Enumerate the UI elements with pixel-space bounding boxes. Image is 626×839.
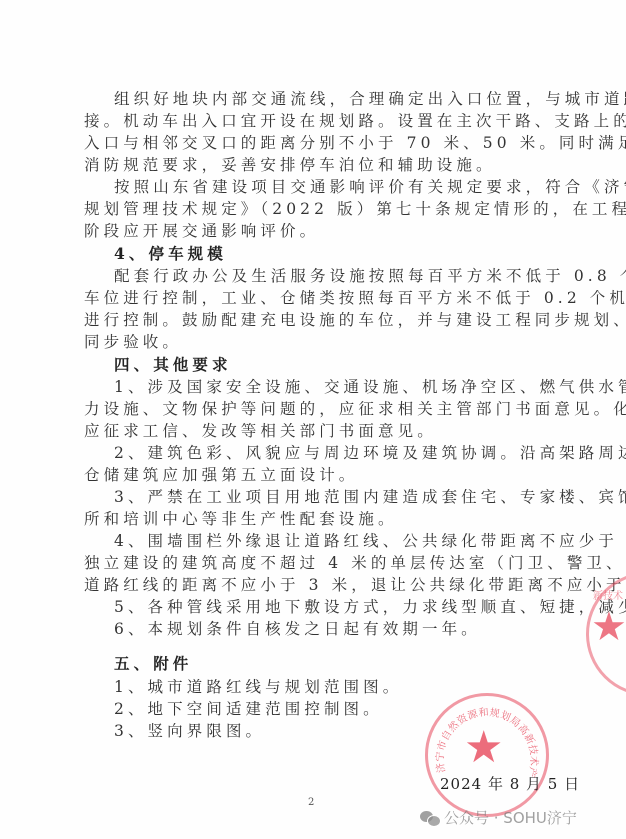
paragraph-line: 所和培训中心等非生产性配套设施。 xyxy=(84,508,554,530)
watermark-text: 公众号 · SOHU济宁 xyxy=(444,807,577,828)
watermark: 公众号 · SOHU济宁 xyxy=(420,807,577,828)
section-heading-parking: 4、停车规模 xyxy=(114,243,584,265)
page-number: 2 xyxy=(308,797,314,808)
partial-seal-text: 新技术 xyxy=(593,587,623,602)
paragraph-line: 进行控制。鼓励配建充电设施的车位，并与建设工程同步规划、同步建设、 xyxy=(84,309,554,331)
section-heading-attachments: 五、附件 xyxy=(114,653,584,675)
paragraph-line: 仓储建筑应加强第五立面设计。 xyxy=(84,464,554,486)
paragraph-line: 4、围墙围栏外缘退让道路红线、公共绿化带距离不应少于 0.5 米。 xyxy=(114,530,584,552)
official-seal: 济宁市自然资源和规划局高新技术产业开发区分局 ★ xyxy=(425,693,549,817)
paragraph-line: 规划管理技术规定》（2022 版）第七十条规定情形的，在工程建设许可 xyxy=(84,198,554,220)
paragraph-line: 配套行政办公及生活服务设施按照每百平方米不低于 0.8 个机动车停 xyxy=(114,265,584,287)
seal-star-icon: ★ xyxy=(591,607,626,647)
paragraph-line: 独立建设的建筑高度不超过 4 米的单层传达室（门卫、警卫、大门）退让 xyxy=(84,552,554,574)
paragraph-line: 1、涉及国家安全设施、交通设施、机场净空区、燃气供水管道、电 xyxy=(114,376,584,398)
paragraph-line: 同步验收。 xyxy=(84,331,554,353)
seal-star-icon: ★ xyxy=(464,726,503,770)
paragraph-line: 道路红线的距离不应小于 3 米，退让公共绿化带距离不应小于 1 米。 xyxy=(84,574,554,596)
paragraph-line: 阶段应开展交通影响评价。 xyxy=(84,220,554,242)
paragraph-line: 6、本规划条件自核发之日起有效期一年。 xyxy=(114,618,584,640)
wechat-icon xyxy=(420,810,440,826)
document-page: 组织好地块内部交通流线，合理确定出入口位置，与城市道路做好衔 接。机动车出入口宜… xyxy=(0,0,626,839)
paragraph-line: 消防规范要求，妥善安排停车泊位和辅助设施。 xyxy=(84,154,554,176)
paragraph-line: 5、各种管线采用地下敷设方式，力求线型顺直、短捷，减少交叉。 xyxy=(114,596,584,618)
paragraph-line: 2、建筑色彩、风貌应与周边环境及建筑协调。沿高架路周边工业、 xyxy=(114,442,584,464)
section-heading-other: 四、其他要求 xyxy=(114,354,584,376)
paragraph-line: 应征求工信、发改等相关部门书面意见。 xyxy=(84,420,554,442)
paragraph-line: 接。机动车出入口宜开设在规划路。设置在主次干路、支路上的机动车出 xyxy=(84,110,554,132)
attachment-item: 1、城市道路红线与规划范围图。 xyxy=(114,676,584,698)
paragraph-line: 组织好地块内部交通流线，合理确定出入口位置，与城市道路做好衔 xyxy=(114,88,584,110)
paragraph-line: 3、严禁在工业项目用地范围内建造成套住宅、专家楼、宾馆、招待 xyxy=(114,486,584,508)
paragraph-line: 按照山东省建设项目交通影响评价有关规定要求，符合《济宁市城乡 xyxy=(114,176,584,198)
issue-date: 2024 年 8 月 5 日 xyxy=(440,773,580,794)
paragraph-line: 力设施、文物保护等问题的，应征求相关主管部门书面意见。化工类项目 xyxy=(84,398,554,420)
paragraph-line: 车位进行控制，工业、仓储类按照每百平方米不低于 0.2 个机动车停车位 xyxy=(84,287,554,309)
paragraph-line: 入口与相邻交叉口的距离分别不小于 70 米、50 米。同时满足交通疏解和 xyxy=(84,132,554,154)
